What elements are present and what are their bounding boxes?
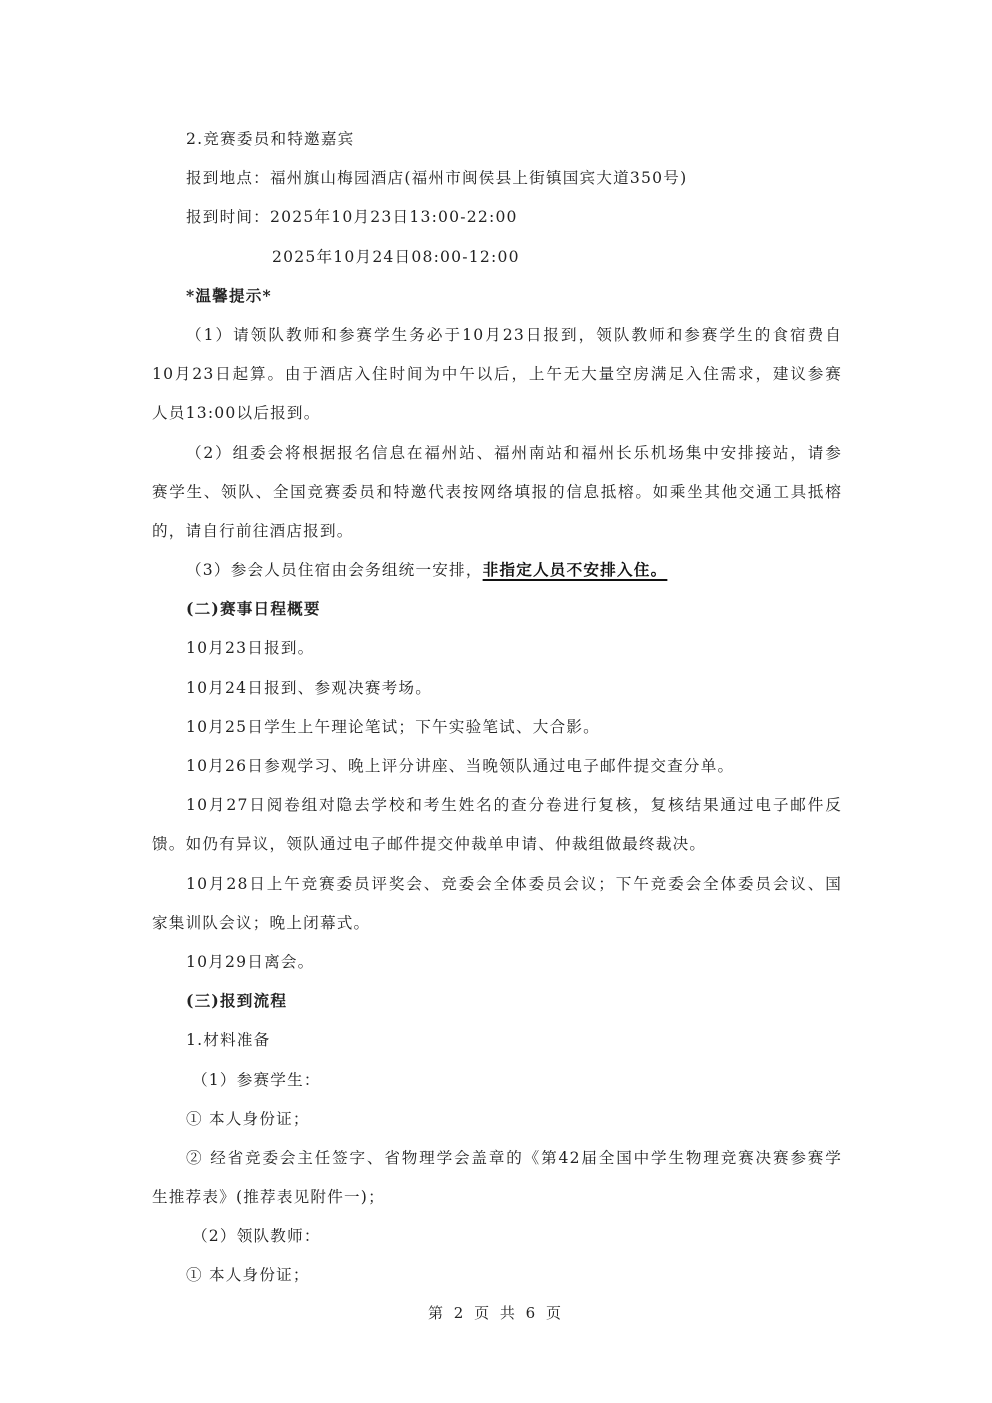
- teacher-item-id-card: ① 本人身份证；: [152, 1262, 842, 1301]
- materials-heading: 1.材料准备: [152, 1027, 842, 1066]
- report-time: 报到时间：2025年10月23日13:00-22:00: [152, 204, 842, 243]
- schedule-item-24: 10月24日报到、参观决赛考场。: [152, 675, 842, 714]
- tip-3-text: （3）参会人员住宿由会务组统一安排，: [186, 561, 483, 579]
- page-indicator: 第 2 页 共 6 页: [0, 1302, 992, 1323]
- report-time-2: 2025年10月24日08:00-12:00: [152, 244, 842, 283]
- report-location-value: 福州旗山梅园酒店(福州市闽侯县上街镇国宾大道350号): [270, 169, 687, 187]
- tip-2-line-2: 赛学生、领队、全国竞赛委员和特邀代表按网络填报的信息抵榕。如乘坐其他交通工具抵榕: [152, 479, 842, 518]
- schedule-item-27-line-1: 10月27日阅卷组对隐去学校和考生姓名的查分卷进行复核，复核结果通过电子邮件反: [152, 792, 842, 831]
- schedule-item-28-line-1: 10月28日上午竞赛委员评奖会、竞委会全体委员会议；下午竞委会全体委员会议、国: [152, 871, 842, 910]
- tip-1-line-2: 10月23日起算。由于酒店入住时间为中午以后，上午无大量空房满足入住需求，建议参…: [152, 361, 842, 400]
- tip-3-emphasis: 非指定人员不安排入住。: [483, 560, 668, 579]
- tip-1-line-3: 人员13:00以后报到。: [152, 400, 842, 439]
- student-item-id-card: ① 本人身份证；: [152, 1106, 842, 1145]
- process-heading: (三)报到流程: [152, 988, 842, 1027]
- student-item-recommendation-line-1: ② 经省竞委会主任签字、省物理学会盖章的《第42届全国中学生物理竞赛决赛参赛学: [152, 1145, 842, 1184]
- tip-2-line-1: （2）组委会将根据报名信息在福州站、福州南站和福州长乐机场集中安排接站，请参: [152, 440, 842, 479]
- schedule-heading: (二)赛事日程概要: [152, 596, 842, 635]
- report-location: 报到地点：福州旗山梅园酒店(福州市闽侯县上街镇国宾大道350号): [152, 165, 842, 204]
- tip-1-line-1: （1）请领队教师和参赛学生务必于10月23日报到，领队教师和参赛学生的食宿费自: [152, 322, 842, 361]
- schedule-item-25: 10月25日学生上午理论笔试；下午实验笔试、大合影。: [152, 714, 842, 753]
- students-heading: （1）参赛学生：: [152, 1067, 842, 1106]
- schedule-item-29: 10月29日离会。: [152, 949, 842, 988]
- schedule-item-28-line-2: 家集训队会议；晚上闭幕式。: [152, 910, 842, 949]
- tips-heading: *温馨提示*: [152, 283, 842, 322]
- schedule-item-26: 10月26日参观学习、晚上评分讲座、当晚领队通过电子邮件提交查分单。: [152, 753, 842, 792]
- schedule-item-27-line-2: 馈。如仍有异议，领队通过电子邮件提交仲裁单申请、仲裁组做最终裁决。: [152, 831, 842, 870]
- student-item-recommendation-line-2: 生推荐表》(推荐表见附件一)；: [152, 1184, 842, 1223]
- tip-3: （3）参会人员住宿由会务组统一安排，非指定人员不安排入住。: [152, 557, 842, 596]
- teachers-heading: （2）领队教师：: [152, 1223, 842, 1262]
- section-heading-committee: 2.竞赛委员和特邀嘉宾: [152, 126, 842, 165]
- report-time-value-1: 2025年10月23日13:00-22:00: [270, 208, 518, 226]
- report-location-label: 报到地点：: [186, 169, 270, 187]
- tip-2-line-3: 的，请自行前往酒店报到。: [152, 518, 842, 557]
- schedule-item-23: 10月23日报到。: [152, 635, 842, 674]
- document-page: 2.竞赛委员和特邀嘉宾 报到地点：福州旗山梅园酒店(福州市闽侯县上街镇国宾大道3…: [152, 126, 842, 1302]
- report-time-label: 报到时间：: [186, 208, 270, 226]
